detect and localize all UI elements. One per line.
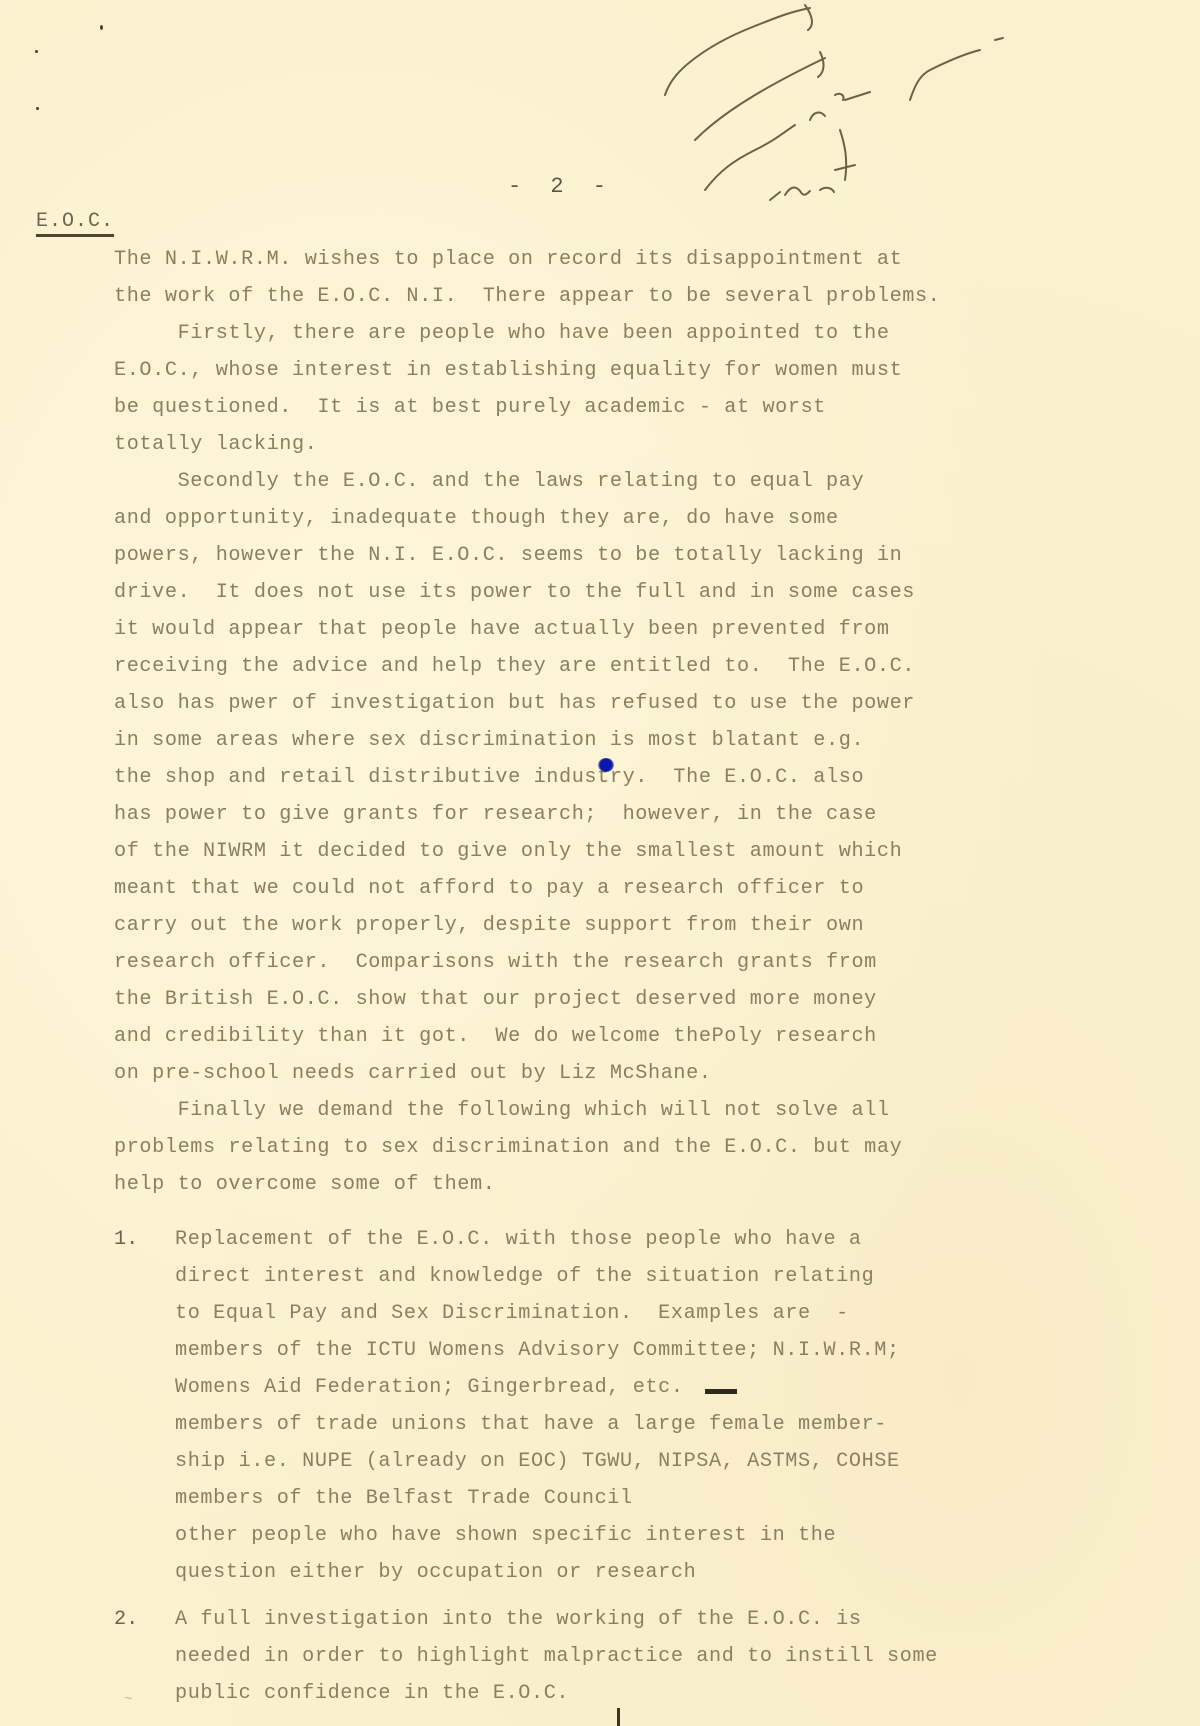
ink-tick-mark (617, 1708, 620, 1726)
text-line: on pre-school needs carried out by Liz M… (114, 1062, 712, 1085)
text-line: receiving the advice and help they are e… (114, 655, 915, 678)
text-line: in some areas where sex discrimination i… (114, 729, 864, 752)
margin-mark: ~ (124, 1692, 132, 1708)
handwritten-annotation: Compilation of document by staff of E.O.… (640, 0, 1040, 210)
text-line: carry out the work properly, despite sup… (114, 914, 864, 937)
document-page: Compilation of document by staff of E.O.… (0, 0, 1200, 1726)
list-item-line: members of the Belfast Trade Council (175, 1487, 633, 1510)
text-line: of the NIWRM it decided to give only the… (114, 840, 902, 863)
text-line: totally lacking. (114, 433, 317, 456)
text-line: research officer. Comparisons with the r… (114, 951, 877, 974)
text-line: problems relating to sex discrimination … (114, 1136, 902, 1159)
list-item-line: A full investigation into the working of… (175, 1608, 862, 1631)
page-number: - 2 - (508, 174, 614, 199)
text-line: the shop and retail distributive industr… (114, 766, 864, 789)
list-item-line: members of the ICTU Womens Advisory Comm… (175, 1339, 900, 1362)
ink-blot (598, 758, 614, 772)
paper-speck (35, 50, 38, 53)
text-line: and credibility than it got. We do welco… (114, 1025, 877, 1048)
text-line: it would appear that people have actuall… (114, 618, 890, 641)
text-line: The N.I.W.R.M. wishes to place on record… (114, 248, 902, 271)
text-line: Firstly, there are people who have been … (114, 322, 890, 345)
paper-speck (36, 107, 39, 110)
text-line: Finally we demand the following which wi… (114, 1099, 890, 1122)
text-line: drive. It does not use its power to the … (114, 581, 915, 604)
text-line: be questioned. It is at best purely acad… (114, 396, 826, 419)
paper-speck (100, 25, 103, 30)
text-line: powers, however the N.I. E.O.C. seems to… (114, 544, 902, 567)
list-item-line: public confidence in the E.O.C. (175, 1682, 569, 1705)
text-line: Secondly the E.O.C. and the laws relatin… (114, 470, 864, 493)
list-item-line: Replacement of the E.O.C. with those peo… (175, 1228, 862, 1251)
text-line: help to overcome some of them. (114, 1173, 495, 1196)
text-line: the British E.O.C. show that our project… (114, 988, 877, 1011)
list-item-number: 2. (114, 1608, 138, 1631)
list-item-line: Womens Aid Federation; Gingerbread, etc. (175, 1376, 684, 1399)
list-item-line: ship i.e. NUPE (already on EOC) TGWU, NI… (175, 1450, 900, 1473)
list-item-number: 1. (114, 1228, 138, 1251)
list-item-line: other people who have shown specific int… (175, 1524, 836, 1547)
list-item-line: members of trade unions that have a larg… (175, 1413, 887, 1436)
text-line: also has pwer of investigation but has r… (114, 692, 915, 715)
text-line: E.O.C., whose interest in establishing e… (114, 359, 902, 382)
text-line: and opportunity, inadequate though they … (114, 507, 839, 530)
list-item-line: needed in order to highlight malpractice… (175, 1645, 938, 1668)
text-line: meant that we could not afford to pay a … (114, 877, 864, 900)
strikethrough-mark (705, 1389, 737, 1394)
section-heading: E.O.C. (36, 210, 114, 237)
text-line: the work of the E.O.C. N.I. There appear… (114, 285, 940, 308)
list-item-line: to Equal Pay and Sex Discrimination. Exa… (175, 1302, 849, 1325)
text-line: has power to give grants for research; h… (114, 803, 877, 826)
list-item-line: question either by occupation or researc… (175, 1561, 696, 1584)
list-item-line: direct interest and knowledge of the sit… (175, 1265, 874, 1288)
